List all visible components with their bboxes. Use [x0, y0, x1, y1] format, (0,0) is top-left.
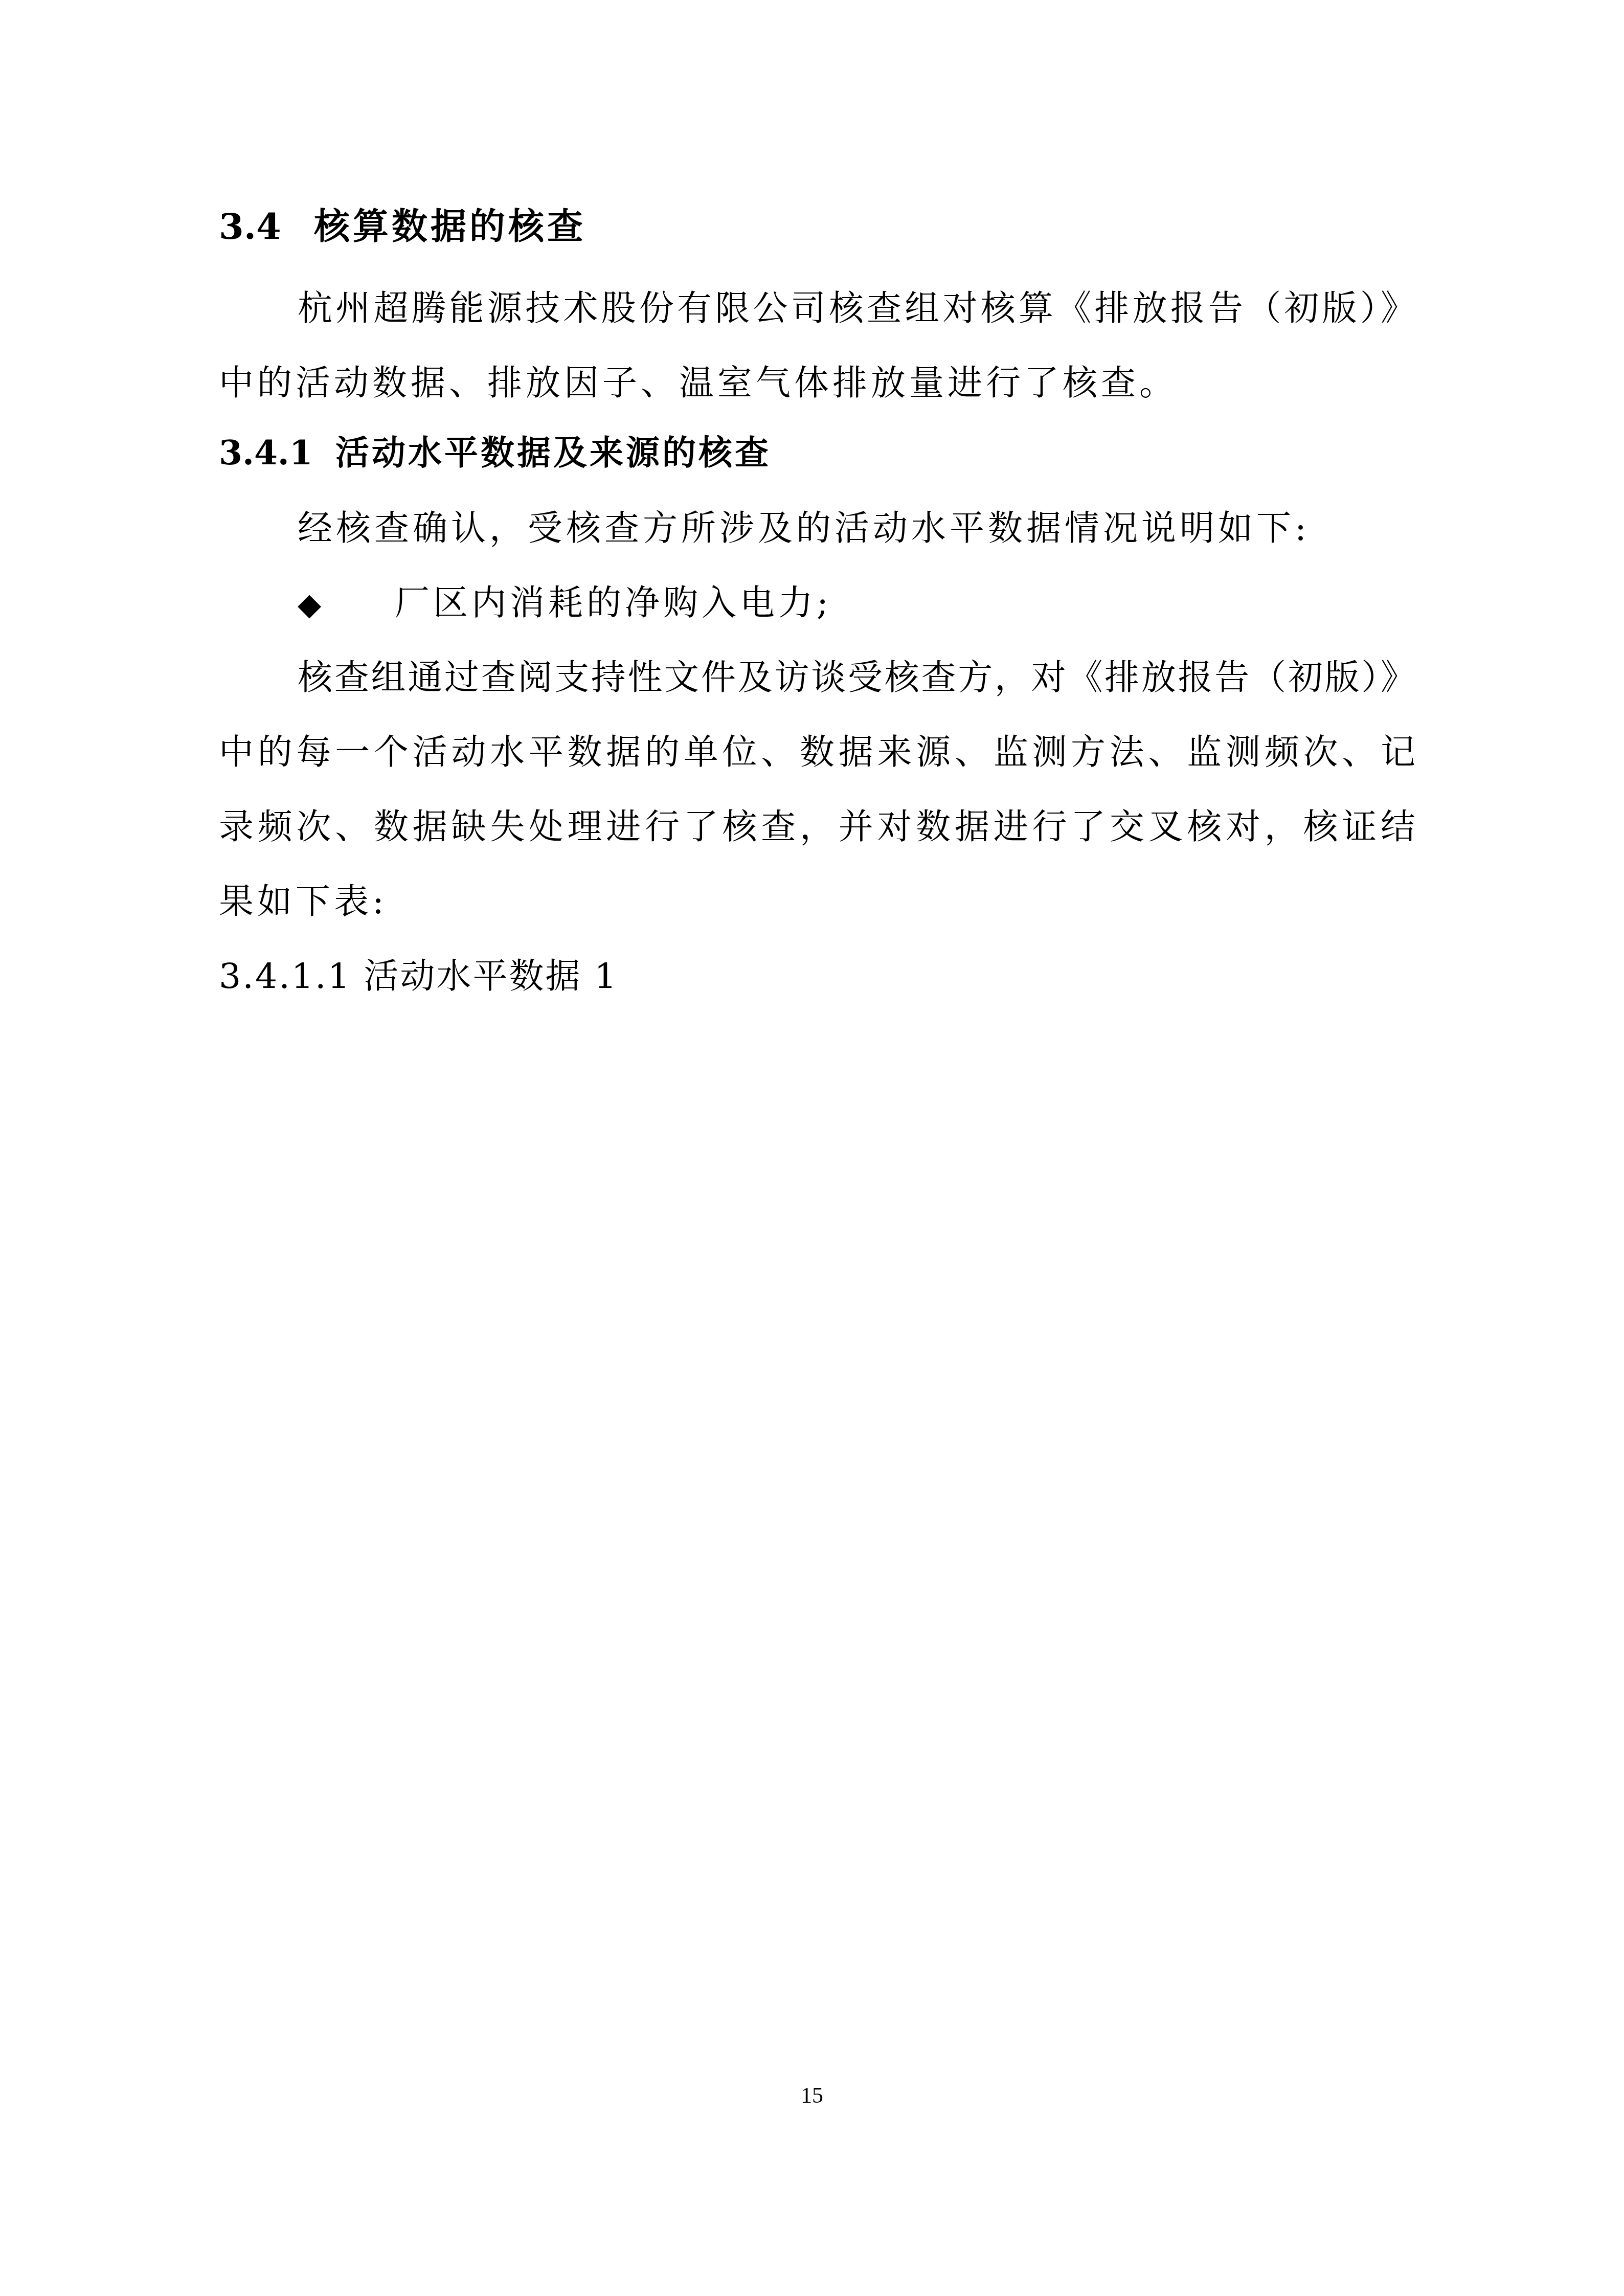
- intro-paragraph-line-2: 中的活动数据、排放因子、温室气体排放量进行了核查。: [219, 366, 1178, 401]
- list-item-text: 厂区内消耗的净购入电力;: [395, 583, 832, 623]
- section-number: 3.4: [219, 209, 314, 244]
- subsubsection-heading: 3.4.1.1 活动水平数据 1: [219, 959, 618, 994]
- list-item: ◆厂区内消耗的净购入电力;: [298, 586, 832, 621]
- intro-paragraph-line-1: 杭州超腾能源技术股份有限公司核查组对核算《排放报告（初版）》: [298, 291, 1415, 326]
- section-title: 核算数据的核查: [314, 205, 586, 247]
- subsection-heading: 3.4.1活动水平数据及来源的核查: [219, 436, 771, 469]
- document-page: 3.4核算数据的核查 杭州超腾能源技术股份有限公司核查组对核算《排放报告（初版）…: [0, 0, 1624, 2296]
- subsection-title: 活动水平数据及来源的核查: [335, 433, 771, 472]
- confirm-paragraph: 经核查确认，受核查方所涉及的活动水平数据情况说明如下:: [298, 511, 1310, 546]
- method-paragraph-line-4: 果如下表:: [219, 885, 388, 919]
- section-heading: 3.4核算数据的核查: [219, 209, 586, 244]
- method-paragraph-line-2: 中的每一个活动水平数据的单位、数据来源、监测方法、监测频次、记: [219, 735, 1415, 770]
- method-paragraph-line-1: 核查组通过查阅支持性文件及访谈受核查方，对《排放报告（初版）》: [298, 661, 1415, 695]
- page-number: 15: [0, 2082, 1624, 2108]
- method-paragraph-line-3: 录频次、数据缺失处理进行了核查，并对数据进行了交叉核对，核证结: [219, 810, 1415, 845]
- diamond-bullet-icon: ◆: [298, 589, 395, 620]
- subsection-number: 3.4.1: [219, 436, 335, 469]
